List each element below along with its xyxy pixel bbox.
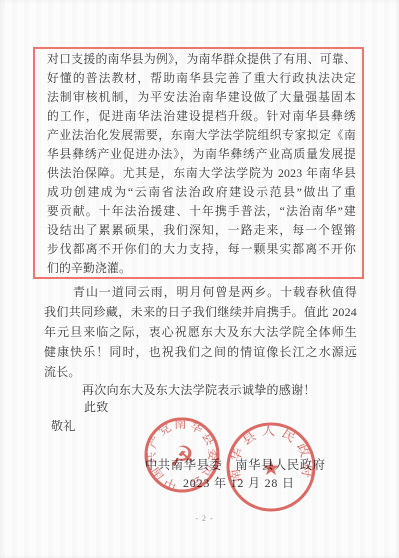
boxed-paragraph-line: 成功创建成为“云南省法治政府建设示范县”做出了重 xyxy=(47,183,356,202)
paragraph-2-line: 我们共同珍藏，未来的日子我们继续并肩携手。值此 2024 xyxy=(44,302,357,322)
boxed-paragraph-line: 要贡献。十年法治援建、十年携手普法，“法治南华”建 xyxy=(47,202,356,221)
paragraph-2-line: 年元旦来临之际，衷心祝愿东大及东大法学院全体师生 xyxy=(44,322,357,342)
boxed-paragraph-line: 好懂的普法教材，帮助南华县完善了重大行政执法决定 xyxy=(47,69,356,88)
boxed-paragraph-line: 产业法治化发展需要，东南大学法学院组织专家拟定《南 xyxy=(47,126,356,145)
boxed-paragraph-line: 法制审核机制，为平安法治南华建设做了大量强基固本 xyxy=(47,88,356,107)
boxed-paragraph-line: 供法治保障。尤其是，东南大学法学院为 2023 年南华县 xyxy=(47,164,356,183)
paragraph-2: 青山一道同云雨，明月何曾是两乡。十载春秋值得我们共同珍藏，未来的日子我们继续并肩… xyxy=(44,282,357,382)
paragraph-2-line: 青山一道同云雨，明月何曾是两乡。十载春秋值得 xyxy=(44,282,357,302)
paragraph-2-line: 流长。 xyxy=(44,362,357,382)
boxed-paragraph-line: 华县彝绣产业促进办法》，为南华彝绣产业高质量发展提 xyxy=(47,145,356,164)
boxed-paragraph-line: 们的辛勤浇灌。 xyxy=(47,259,356,278)
boxed-paragraph-line: 的工作，促进南华法治建设提档升级。针对南华县彝绣 xyxy=(47,107,356,126)
highlight-box: 对口支援的南华县为例》，为南华群众提供了有用、可靠、好懂的普法教材，帮助南华县完… xyxy=(33,47,364,279)
boxed-paragraph-line: 步伐都离不开你们的大力支持，每一颗果实都离不开你 xyxy=(47,240,356,259)
closing-cizhi: 此致 xyxy=(44,397,109,417)
government-seal: 南华县人民政府 ★ xyxy=(216,412,326,522)
boxed-paragraph-line: 对口支援的南华县为例》，为南华群众提供了有用、可靠、 xyxy=(47,50,356,69)
page-number: - 2 - xyxy=(0,514,399,523)
paragraph-2-line: 健康快乐！同时，也祝我们之间的情谊像长江之水源远 xyxy=(44,342,357,362)
star-icon: ★ xyxy=(262,456,281,480)
closing-jingli: 敬礼 xyxy=(51,416,76,436)
boxed-paragraph-line: 设结出了累累硕果，我们深知，一路走来，每一个铿锵 xyxy=(47,221,356,240)
party-committee-seal: 中国共产党南华县委员会 ☭ xyxy=(137,410,227,500)
hammer-sickle-icon: ☭ xyxy=(169,440,194,473)
letter-page: 对口支援的南华县为例》，为南华群众提供了有用、可靠、好懂的普法教材，帮助南华县完… xyxy=(0,0,399,558)
